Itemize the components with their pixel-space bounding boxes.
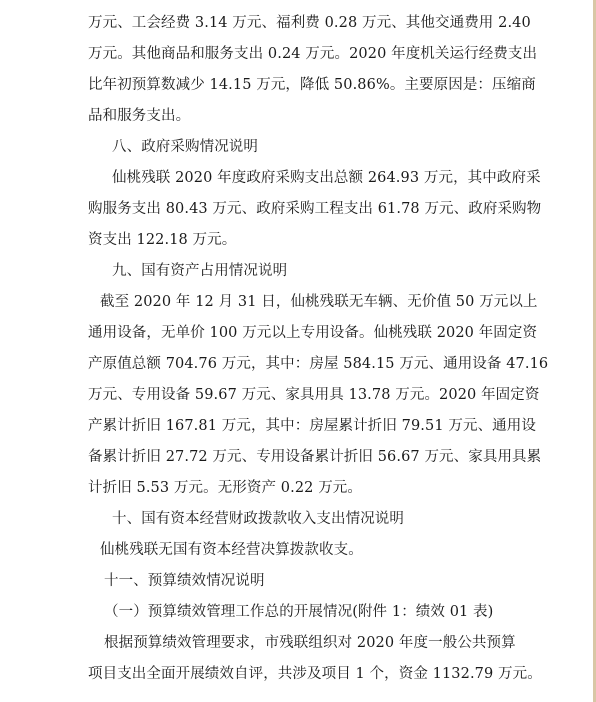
section-heading-budget-performance: 十一、预算绩效情况说明 (104, 572, 524, 590)
paragraph-start: 根据预算绩效管理要求，市残联组织对 2020 年度一般公共预算 (104, 634, 524, 652)
text-line: 产原值总额 704.76 万元，其中：房屋 584.15 万元、通用设备 47.… (88, 355, 508, 373)
text-line: 万元、专用设备 59.67 万元、家具用具 13.78 万元。2020 年固定资 (88, 386, 508, 404)
text-line: 比年初预算数减少 14.15 万元，降低 50.86%。主要原因是：压缩商 (88, 76, 508, 94)
text-line: 资支出 122.18 万元。 (88, 231, 508, 249)
text-line: 计折旧 5.53 万元。无形资产 0.22 万元。 (88, 479, 508, 497)
subsection-heading: （一）预算绩效管理工作总的开展情况(附件 1：绩效 01 表) (104, 603, 524, 621)
text-line: 项目支出全面开展绩效自评，共涉及项目 1 个，资金 1132.79 万元。 (88, 665, 508, 683)
section-heading-state-capital: 十、国有资本经营财政拨款收入支出情况说明 (112, 510, 532, 528)
text-line: 产累计折旧 167.81 万元，其中：房屋累计折旧 79.51 万元、通用设 (88, 417, 508, 435)
text-line: 万元、工会经费 3.14 万元、福利费 0.28 万元、其他交通费用 2.40 (88, 14, 508, 32)
text-line: 购服务支出 80.43 万元、政府采购工程支出 61.78 万元、政府采购物 (88, 200, 508, 218)
section-heading-state-assets: 九、国有资产占用情况说明 (112, 262, 532, 280)
paragraph-start: 仙桃残联 2020 年度政府采购支出总额 264.93 万元，其中政府采 (112, 169, 532, 187)
paragraph-start: 仙桃残联无国有资本经营决算拨款收支。 (100, 541, 520, 559)
document-page: 万元、工会经费 3.14 万元、福利费 0.28 万元、其他交通费用 2.40 … (0, 0, 593, 702)
text-line: 品和服务支出。 (88, 107, 508, 125)
text-line: 万元。其他商品和服务支出 0.24 万元。2020 年度机关运行经费支出 (88, 45, 508, 63)
paragraph-start: 截至 2020 年 12 月 31 日，仙桃残联无车辆、无价值 50 万元以上 (100, 293, 520, 311)
text-line: 备累计折旧 27.72 万元、专用设备累计折旧 56.67 万元、家具用具累 (88, 448, 508, 466)
section-heading-government-procurement: 八、政府采购情况说明 (112, 138, 532, 156)
text-line: 通用设备，无单价 100 万元以上专用设备。仙桃残联 2020 年固定资 (88, 324, 508, 342)
